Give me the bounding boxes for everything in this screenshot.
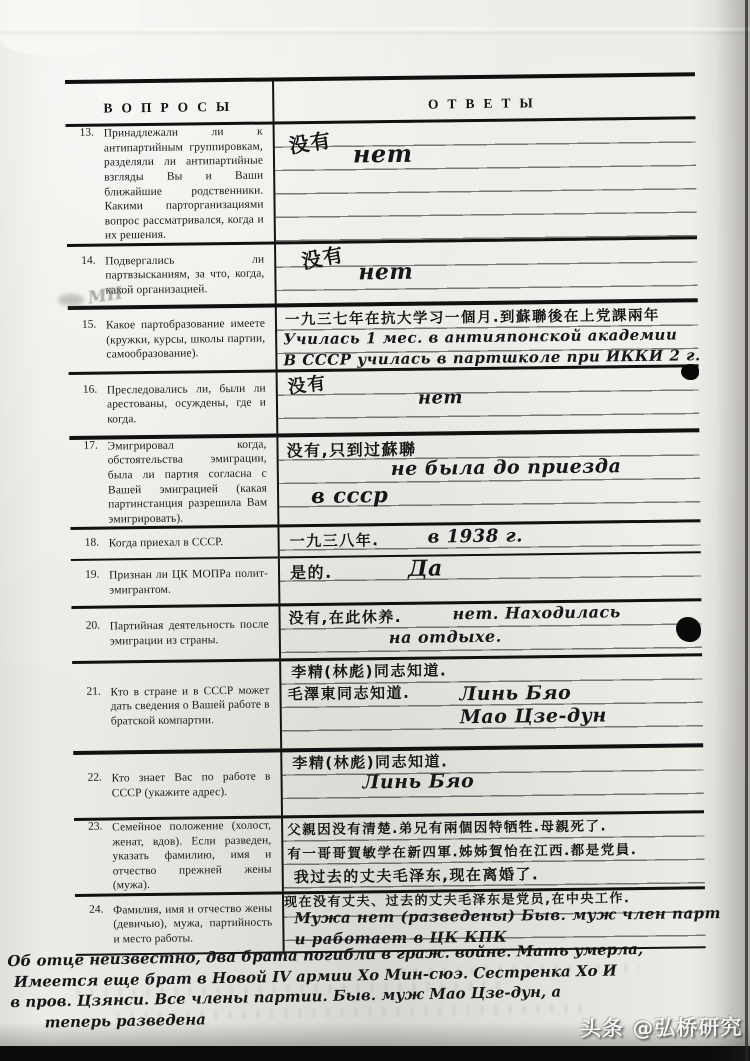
question-text: Преследовались ли, были ли арестованы, о… (107, 381, 267, 427)
questionnaire-table: ВОПРОСЫ ОТВЕТЫ 13.Принадлежали ли к анти… (65, 72, 706, 956)
question-text: Признан ли ЦК МОПРа полит-эмигрантом. (109, 566, 268, 597)
paper-edge-line (745, 0, 748, 1061)
handwritten-answer-line: 毛澤東同志知道. (287, 682, 410, 704)
handwritten-answer-line: в 1938 г. (427, 525, 523, 547)
question-cell: 15.Какое партобразование имеете (кружки,… (68, 307, 276, 372)
answer-cell: 没有нет (274, 239, 698, 303)
handwritten-answer-line: Училась 1 мес. в антияпонской академии (283, 326, 677, 349)
handwritten-answer-line: Линь Бяо (362, 770, 474, 793)
answer-cell: 没有нет (273, 119, 697, 241)
question-cell: 18.Когда приехал в СССР. (70, 527, 277, 559)
question-cell: 24.Фамилия, имя и отчество жены (девичью… (75, 894, 283, 954)
answer-cell: 一九三七年在抗大学习一個月.到蘇聯後在上党課兩年Училась 1 мес. в… (275, 302, 699, 369)
question-row: 14.Подвергались ли партвзысканиям, за чт… (67, 236, 698, 306)
question-number: 19. (85, 568, 109, 597)
handwritten-answer-line: в ссср (311, 482, 388, 508)
handwritten-answer-line: 父親因没有清楚.弟兄有兩個因特牺牲.母親死了. (287, 814, 607, 838)
answer-cell: 没有нет (276, 367, 700, 433)
answer-cell: 李精(林彪)同志知道.毛澤東同志知道.Линь БяоМао Цзе-дун (279, 656, 703, 748)
handwritten-answer-line: 一九三八年. (290, 529, 380, 551)
answer-cell: 是的.Да (278, 553, 702, 603)
handwritten-answer-line: не была до приезда (391, 455, 622, 480)
handwritten-answer-line: нет (358, 259, 413, 286)
question-row: 21.Кто в стране и в СССР может дать свед… (72, 653, 703, 751)
question-number: 21. (86, 685, 111, 729)
site-watermark: 头条 @弘桥研究 (580, 1011, 743, 1042)
answers-column-label: ОТВЕТЫ (428, 85, 542, 112)
question-number: 16. (83, 383, 108, 427)
handwritten-footnote: Об отце неизвестно, два брата погибли в … (7, 940, 648, 1034)
handwritten-answer-line: 李精(林彪)同志知道. (291, 659, 447, 682)
question-row: 13.Принадлежали ли к антипартийным групп… (66, 116, 697, 244)
question-number: 23. (88, 820, 113, 893)
question-number: 13. (80, 127, 105, 244)
question-text: Когда приехал в СССР. (109, 535, 268, 552)
question-text: Кто знает Вас по работе в СССР (укажите … (111, 769, 270, 800)
question-row: 22.Кто знает Вас по работе в СССР (укажи… (73, 743, 704, 818)
answers-header-cell: ОТВЕТЫ (272, 76, 695, 121)
questions-column-label: ВОПРОСЫ (103, 89, 238, 117)
question-text: Эмигрировал когда, обстоятельства эмигра… (107, 437, 267, 526)
question-row: 16.Преследовались ли, были ли арестованы… (69, 364, 700, 436)
question-cell: 21.Кто в стране и в СССР может дать свед… (72, 661, 280, 751)
handwritten-answer-line: 没有,在此休养. (288, 606, 402, 628)
question-text: Партийная деятельность после эмиграции и… (110, 618, 269, 649)
question-row: 23.Семейное положение (холост, женат, вд… (74, 810, 705, 894)
question-text: Кто в стране и в СССР может дать сведени… (110, 683, 270, 729)
answer-cell: 李精(林彪)同志知道.Линь Бяо (280, 747, 704, 815)
handwritten-answer-line: на отдыхе. (389, 627, 502, 647)
question-cell: 19.Признан ли ЦК МОПРа полит-эмигрантом. (71, 558, 279, 606)
handwritten-answer-line: 没有 (286, 369, 328, 399)
handwritten-answer-line: 有一哥哥賀敏学在新四軍.姊姊賀怡在江西.都是党員. (287, 838, 637, 862)
answer-cell: 父親因没有清楚.弟兄有兩個因特牺牲.母親死了.有一哥哥賀敏学在新四軍.姊姊賀怡在… (281, 813, 705, 891)
question-row: 15.Какое партобразование имеете (кружки,… (68, 298, 699, 372)
scan-edge-band (0, 1046, 750, 1061)
handwritten-answer-line: Мужа нет (разведены) Быв. муж член парт (294, 904, 721, 927)
question-number: 20. (86, 620, 110, 649)
question-text: Подвергались ли партвзысканиям, за что, … (105, 252, 265, 298)
question-text: Какое партобразование имеете (кружки, ку… (106, 317, 266, 363)
question-number: 17. (83, 439, 108, 527)
handwritten-answer-line: нет. Находилась (452, 602, 620, 623)
question-number: 24. (89, 903, 114, 947)
question-row: 19.Признан ли ЦК МОПРа полит-эмигрантом.… (71, 551, 702, 606)
question-number: 15. (82, 319, 107, 363)
handwritten-answer-line: 没有 (287, 124, 334, 159)
scanned-questionnaire-page: { "header": { "questions": "ВОПРОСЫ", "a… (0, 0, 750, 1061)
handwritten-answer-line: Линь Бяо (459, 682, 571, 705)
handwritten-answer-line: нет (418, 387, 463, 409)
answer-cell: 没有,在此休养.нет. Находиласьна отдыхе. (278, 601, 702, 658)
question-cell: 22.Кто знает Вас по работе в СССР (укажи… (73, 752, 281, 818)
question-cell: 17.Эмигрировал когда, обстоятельства эми… (69, 437, 277, 527)
questions-header-cell: ВОПРОСЫ (65, 81, 272, 124)
ink-blot (681, 364, 699, 380)
question-row: 20.Партийная деятельность после эмиграци… (71, 598, 702, 661)
handwritten-answer-line: 没有 (299, 238, 347, 274)
ink-blot (676, 617, 701, 642)
question-cell: 13.Принадлежали ли к антипартийным групп… (66, 124, 274, 244)
question-cell: 23.Семейное положение (холост, женат, вд… (74, 818, 282, 894)
answer-cell: 没有,只到过蘇聯не была до приездав ссср (276, 432, 700, 524)
paper-crease (0, 26, 750, 36)
ink-smudge (58, 294, 84, 306)
question-text: Семейное положение (холост, женат, вдов)… (112, 819, 272, 894)
question-cell: 16.Преследовались ли, были ли арестованы… (69, 372, 277, 436)
question-number: 18. (85, 537, 109, 552)
handwritten-answer-line: Мао Цзе-дун (460, 704, 607, 728)
handwritten-answer-line: Да (408, 555, 443, 581)
question-row: 17.Эмигрировал когда, обстоятельства эми… (69, 428, 700, 527)
question-cell: 20.Партийная деятельность после эмиграци… (71, 606, 279, 661)
question-text: Фамилия, имя и отчество жены (девичью), … (113, 901, 273, 947)
handwritten-answer-line: нет (353, 139, 413, 169)
question-text: Принадлежали ли к антипартийным группиро… (104, 125, 264, 244)
question-number: 22. (87, 771, 111, 800)
handwritten-answer-line: 是的. (290, 560, 333, 584)
handwritten-answer-line: 我过去的丈夫毛泽东,现在离婚了. (294, 863, 540, 887)
